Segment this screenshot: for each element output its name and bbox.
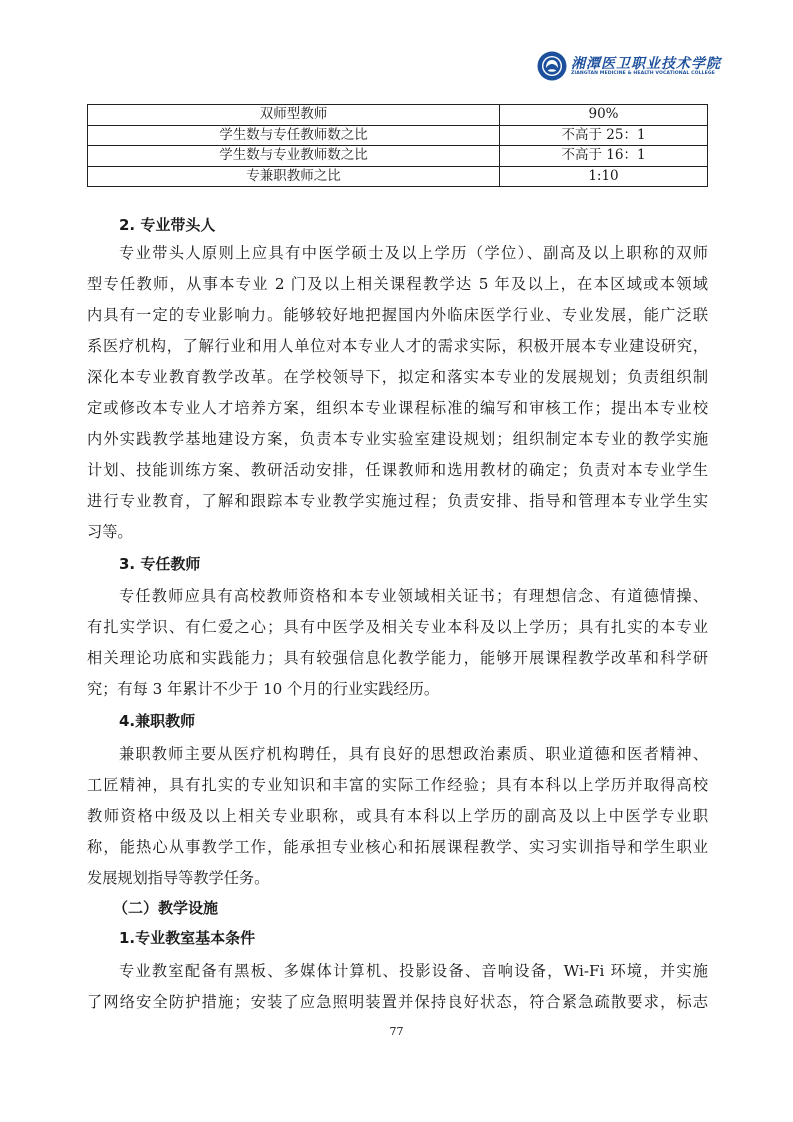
paragraph-line: 兼职教师主要从医疗机构聘任，具有良好的思想政治素质、职业道德和医者精神、	[119, 743, 708, 764]
paragraph-line: 有扎实学识、有仁爱之心；具有中医学及相关专业本科及以上学历；具有扎实的本专业	[87, 616, 708, 637]
college-emblem-icon	[537, 51, 567, 81]
section-heading-full-time-teachers: 3. 专任教师	[119, 553, 200, 574]
table-cell-item: 双师型教师	[88, 105, 500, 126]
section-heading-classroom-conditions: 1.专业教室基本条件	[119, 927, 255, 948]
table-cell-item: 学生数与专业教师数之比	[88, 146, 500, 167]
teacher-ratio-table: 双师型教师 90% 学生数与专任教师数之比 不高于 25：1 学生数与专业教师数…	[87, 104, 708, 187]
table-cell-item: 学生数与专任教师数之比	[88, 125, 500, 146]
table-cell-value: 不高于 25：1	[500, 125, 708, 146]
paragraph-line: 型专任教师，从事本专业 2 门及以上相关课程教学达 5 年及以上，在本区域或本领…	[87, 273, 708, 294]
paragraph-line: 专业教室配备有黑板、多媒体计算机、投影设备、音响设备，Wi-Fi 环境，并实施	[119, 960, 708, 981]
paragraph-line: 进行专业教育，了解和跟踪本专业教学实施过程；负责安排、指导和管理本专业学生实	[87, 490, 708, 511]
college-name-en: ZIANGTAN MEDICINE & HEALTH VOCATIONAL CO…	[571, 71, 715, 76]
paragraph-line: 究；有每 3 年累计不少于 10 个月的行业实践经历。	[87, 678, 708, 699]
paragraph-line: 专任教师应具有高校教师资格和本专业领域相关证书；有理想信念、有道德情操、	[119, 585, 708, 606]
paragraph-line: 教师资格中级及以上相关专业职称，或具有本科以上学历的副高及以上中医学专业职	[87, 805, 708, 826]
table-row: 学生数与专业教师数之比 不高于 16：1	[88, 146, 708, 167]
table-cell-value: 1:10	[500, 166, 708, 187]
section-heading-program-leader: 2. 专业带头人	[119, 214, 215, 235]
paragraph-line: 内外实践教学基地建设方案，负责本专业实验室建设规划；组织制定本专业的教学实施	[87, 428, 708, 449]
table-row: 双师型教师 90%	[88, 105, 708, 126]
table-cell-item: 专兼职教师之比	[88, 166, 500, 187]
table-cell-value: 不高于 16：1	[500, 146, 708, 167]
paragraph-line: 深化本专业教育教学改革。在学校领导下，拟定和落实本专业的发展规划；负责组织制	[87, 366, 708, 387]
paragraph-line: 系医疗机构，了解行业和用人单位对本专业人才的需求实际，积极开展本专业建设研究，	[87, 335, 708, 356]
paragraph-line: 工匠精神，具有扎实的专业知识和丰富的实际工作经验；具有本科以上学历并取得高校	[87, 774, 708, 795]
college-name-cn: 湘潭医卫职业技术学院	[571, 53, 721, 73]
page-number: 77	[0, 1025, 793, 1038]
college-logo: 湘潭医卫职业技术学院 ZIANGTAN MEDICINE & HEALTH VO…	[537, 51, 697, 83]
paragraph-line: 专业带头人原则上应具有中医学硕士及以上学历（学位）、副高及以上职称的双师	[119, 242, 708, 263]
section-heading-teaching-facilities: （二）教学设施	[113, 897, 218, 918]
paragraph-line: 了网络安全防护措施；安装了应急照明装置并保持良好状态，符合紧急疏散要求，标志	[87, 991, 708, 1012]
paragraph-line: 计划、技能训练方案、教研活动安排，任课教师和选用教材的确定；负责对本专业学生	[87, 459, 708, 480]
table-row: 学生数与专任教师数之比 不高于 25：1	[88, 125, 708, 146]
paragraph-line: 相关理论功底和实践能力；具有较强信息化教学能力，能够开展课程教学改革和科学研	[87, 647, 708, 668]
table-row: 专兼职教师之比 1:10	[88, 166, 708, 187]
paragraph-line: 发展规划指导等教学任务。	[87, 867, 708, 888]
paragraph-line: 内具有一定的专业影响力。能够较好地把握国内外临床医学行业、专业发展，能广泛联	[87, 304, 708, 325]
section-heading-part-time-teachers: 4.兼职教师	[119, 710, 195, 731]
paragraph-line: 称，能热心从事教学工作，能承担专业核心和拓展课程教学、实习实训指导和学生职业	[87, 836, 708, 857]
paragraph-line: 定或修改本专业人才培养方案，组织本专业课程标准的编写和审核工作；提出本专业校	[87, 397, 708, 418]
paragraph-line: 习等。	[87, 521, 708, 542]
table-cell-value: 90%	[500, 105, 708, 126]
